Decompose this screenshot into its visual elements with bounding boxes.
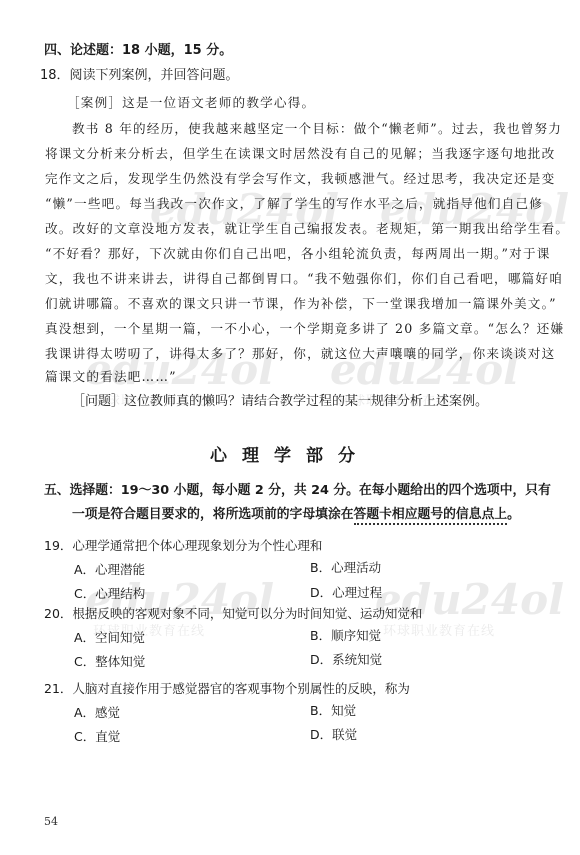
- case-line: 文，我也不讲来讲去，讲得自己都倒胃口。“我不勉强你们，你们自己看吧，哪篇好咱: [45, 271, 563, 287]
- q19-option-d: D．心理过程: [310, 585, 382, 601]
- q20-option-b: B．顺序知觉: [310, 628, 381, 644]
- case-line: “懒”一些吧。每当我改一次作文，了解了学生的写作水平之后，就指导他们自己修: [45, 196, 543, 212]
- case-line: “不好看？那好，下次就由你们自己出吧，各小组轮流负责，每两周出一期。”对于课: [45, 246, 551, 262]
- q19-option-a: A．心理潜能: [74, 562, 145, 578]
- question-21-stem: 21．人脑对直接作用于感觉器官的客观事物个别属性的反映，称为: [44, 681, 410, 697]
- case-line: 我课讲得太唠叨了，讲得太多了？那好，你，就这位大声嚷嚷的同学，你来谈谈对这: [45, 346, 555, 362]
- q20-option-a: A．空间知觉: [74, 630, 145, 646]
- q19-option-c: C．心理结构: [74, 586, 145, 602]
- section-5-instructions-line2: 一项是符合题目要求的，将所选项前的字母填涂在答题卡相应题号的信息点上。: [72, 507, 520, 523]
- section-5-instructions: 五、选择题：19～30 小题，每小题 2 分，共 24 分。在每小题给出的四个选…: [44, 483, 551, 499]
- q19-option-b: B．心理活动: [310, 560, 381, 576]
- case-line: 教书 8 年的经历，使我越来越坚定一个目标：做个“懒老师”。过去，我也曾努力: [72, 121, 562, 137]
- case-line: 将课文分析来分析去，但学生在读课文时居然没有自己的见解；当我逐字逐句地批改: [45, 146, 555, 162]
- case-line: 改。改好的文章没地方发表，就让学生自己编报发表。老规矩，第一期我出给学生看。: [45, 221, 569, 237]
- q20-option-d: D．系统知觉: [310, 652, 382, 668]
- q20-option-c: C．整体知觉: [74, 654, 145, 670]
- case-line: 们就讲哪篇。不喜欢的课文只讲一节课，作为补偿，下一堂课我增加一篇课外美文。”: [45, 296, 557, 312]
- case-label: ［案例］这是一位语文老师的教学心得。: [67, 95, 315, 111]
- question-18-stem: 18．阅读下列案例，并回答问题。: [40, 68, 239, 84]
- section-heading-psychology: 心理学部分: [0, 441, 580, 466]
- section-title-essay: 四、论述题：18 小题，15 分。: [44, 43, 232, 59]
- q21-option-b: B．知觉: [310, 703, 356, 719]
- question-18-prompt: ［问题］这位教师真的懒吗？请结合教学过程的某一规律分析上述案例。: [72, 394, 488, 410]
- question-20-stem: 20．根据反映的客观对象不同，知觉可以分为时间知觉、运动知觉和: [44, 606, 422, 622]
- q21-option-a: A．感觉: [74, 705, 120, 721]
- q21-option-c: C．直觉: [74, 729, 120, 745]
- case-line: 完作文之后，发现学生仍然没有学会写作文，我顿感泄气。经过思考，我决定还是变: [45, 171, 555, 187]
- case-line: 真没想到，一个星期一篇，一不小心，一个学期竟多讲了 20 多篇文章。“怎么？还嫌: [45, 321, 564, 337]
- case-line: 篇课文的看法吧……”: [45, 369, 177, 385]
- emphasis-answer-card: 答题卡相应题号的信息点上: [354, 507, 508, 525]
- question-19-stem: 19．心理学通常把个体心理现象划分为个性心理和: [44, 538, 322, 554]
- page-number: 54: [44, 815, 58, 828]
- q21-option-d: D．联觉: [310, 727, 357, 743]
